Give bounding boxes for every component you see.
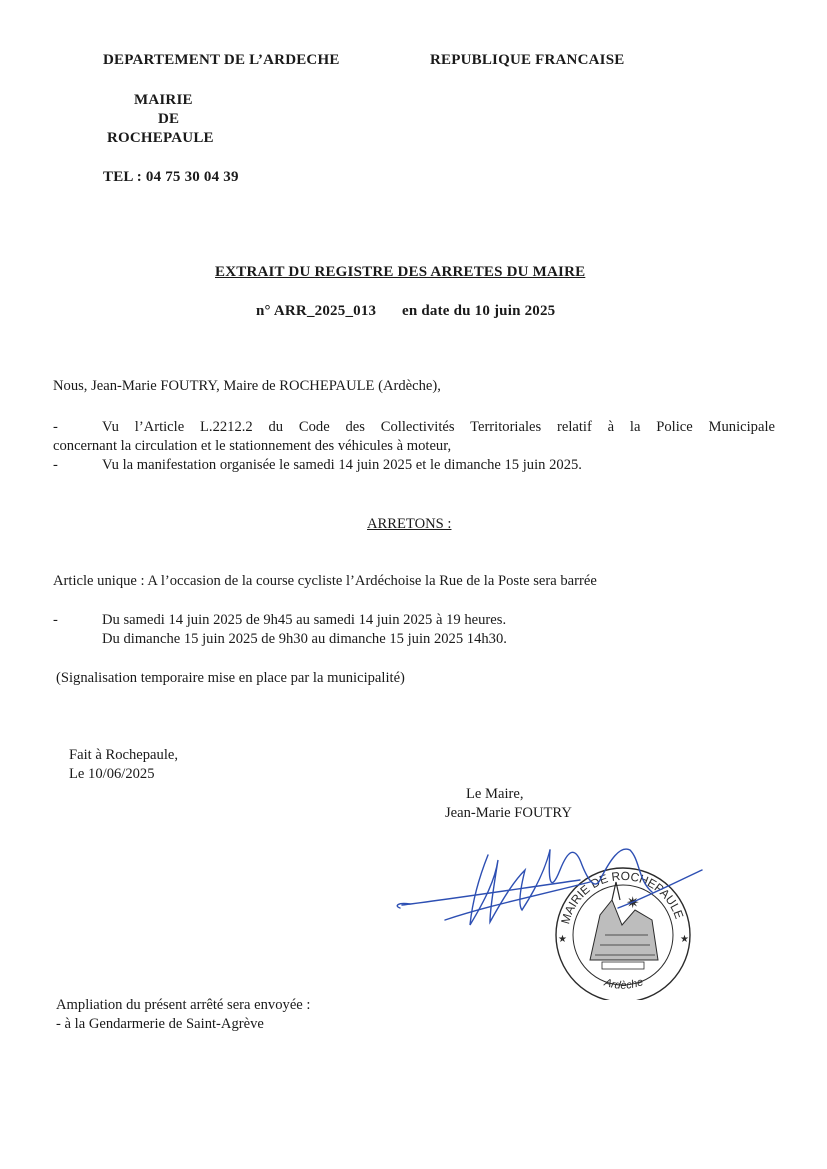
republic-label: REPUBLIQUE FRANCAISE [430, 52, 624, 69]
place-of-signature: Fait à Rochepaule, [69, 747, 178, 764]
stamp-bottom-text: Ardèche [602, 976, 645, 992]
period-saturday: Du samedi 14 juin 2025 de 9h45 au samedi… [102, 612, 506, 629]
vu-manifestation: Vu la manifestation organisée le samedi … [102, 457, 582, 474]
distribution-heading: Ampliation du présent arrêté sera envoyé… [56, 997, 310, 1014]
mairie-line-3: ROCHEPAULE [107, 130, 214, 147]
star-icon: ★ [680, 934, 689, 945]
arretons-heading: ARRETONS : [367, 516, 451, 533]
star-icon: ★ [558, 934, 567, 945]
article-unique: Article unique : A l’occasion de la cour… [53, 573, 597, 590]
document-title: EXTRAIT DU REGISTRE DES ARRETES DU MAIRE [215, 264, 585, 281]
bullet-dash: - [53, 457, 58, 474]
decree-number: n° ARR_2025_013 [256, 303, 376, 320]
signature-and-stamp: MAIRIE DE ROCHEPAULE Ardèche ★ ★ ✷ [390, 810, 710, 1000]
vu-article-line-1: Vu l’Article L.2212.2 du Code des Collec… [102, 419, 775, 436]
signature-date: Le 10/06/2025 [69, 766, 155, 783]
decree-date: en date du 10 juin 2025 [402, 303, 555, 320]
vu-article-line-2: concernant la circulation et le stationn… [53, 438, 451, 455]
intro-paragraph: Nous, Jean-Marie FOUTRY, Maire de ROCHEP… [53, 378, 441, 395]
official-stamp-icon: MAIRIE DE ROCHEPAULE Ardèche ★ ★ ✷ [556, 868, 690, 1000]
department-label: DEPARTEMENT DE L’ARDECHE [103, 52, 340, 69]
mairie-line-1: MAIRIE [134, 92, 193, 109]
mairie-line-2: DE [158, 111, 179, 128]
stamp-top-text: MAIRIE DE ROCHEPAULE [558, 869, 686, 926]
signage-note: (Signalisation temporaire mise en place … [56, 670, 405, 687]
telephone: TEL : 04 75 30 04 39 [103, 169, 239, 186]
period-sunday: Du dimanche 15 juin 2025 de 9h30 au dima… [102, 631, 507, 648]
bullet-dash: - [53, 419, 58, 436]
signatory-title: Le Maire, [466, 786, 524, 803]
bullet-dash: - [53, 612, 58, 629]
distribution-recipient: - à la Gendarmerie de Saint-Agrève [56, 1016, 264, 1033]
